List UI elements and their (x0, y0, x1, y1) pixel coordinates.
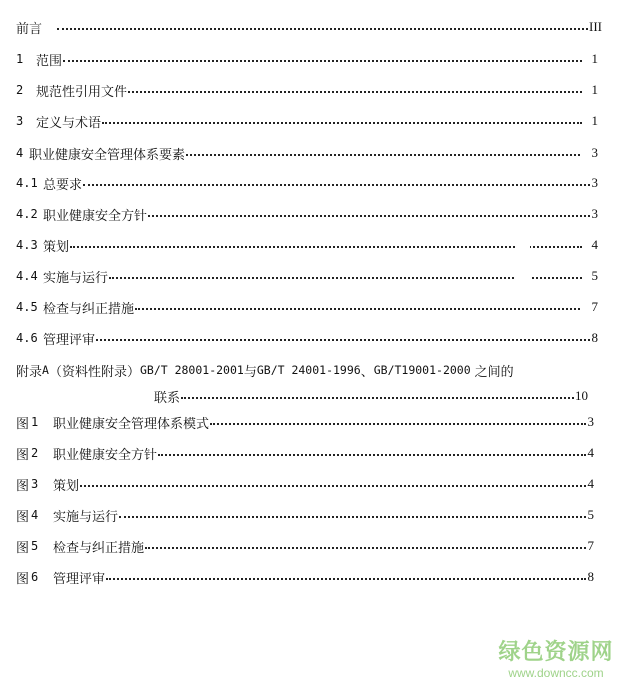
toc-entry-title: 规范性引用文件 (36, 81, 127, 100)
figure-label: 图 (16, 475, 29, 494)
toc-figure-entry[interactable]: 图 2 职业健康安全方针 4 (16, 443, 594, 463)
toc-figure-entry[interactable]: 图 1 职业健康安全管理体系模式 3 (16, 412, 594, 432)
toc-entry[interactable]: 4.1 总要求 3 (16, 173, 598, 193)
dot-leader (127, 80, 582, 100)
toc-entry-page: 7 (586, 538, 594, 554)
toc-entry-page: 3 (590, 145, 598, 161)
toc-entry-page: 8 (590, 330, 598, 346)
dot-leader (69, 235, 582, 255)
dot-leader (180, 386, 574, 406)
dot-leader (134, 297, 580, 317)
toc-entry-title: 检查与纠正措施 (53, 537, 144, 556)
toc-entry[interactable]: 4.3 策划 4 (16, 235, 598, 255)
toc-entry-title: 策划 (43, 236, 69, 255)
toc-entry-number: 4.3 (16, 238, 43, 252)
toc-entry-number: 4.4 (16, 269, 43, 283)
figure-label: 图 (16, 568, 29, 587)
figure-number: 6 (29, 570, 53, 584)
toc-figure-entry[interactable]: 图 6 管理评审 8 (16, 567, 594, 587)
dot-leader (108, 266, 582, 286)
appendix-letter: A (42, 363, 49, 377)
watermark: 绿色资源网 www.downcc.com (496, 640, 616, 680)
toc-entry-page: 10 (574, 388, 588, 404)
toc-entry-number: 4.1 (16, 176, 43, 190)
dot-leader (79, 474, 586, 494)
toc-entry-page: 7 (590, 299, 598, 315)
toc-entry-title: 职业健康安全管理体系模式 (53, 413, 209, 432)
appendix-standard-3: GB/T19001-2000 (374, 363, 471, 377)
appendix-suffix: 之间的 (475, 361, 514, 380)
toc-entry-number: 4.5 (16, 300, 43, 314)
toc-appendix-a-continuation[interactable]: 联系 10 (154, 386, 588, 406)
toc-entry-page: 3 (590, 206, 598, 222)
toc-entry-number: 4.6 (16, 331, 43, 345)
toc-entry-page: 1 (590, 82, 598, 98)
toc-entry-page: 4 (586, 445, 594, 461)
toc-entry-number: 4.2 (16, 207, 43, 221)
figure-number: 1 (29, 415, 53, 429)
appendix-standard-1: GB/T 28001-2001 (140, 363, 244, 377)
toc-entry-page: 3 (590, 175, 598, 191)
figure-number: 4 (29, 508, 53, 522)
toc-entry[interactable]: 1 范围 1 (16, 49, 598, 69)
toc-figure-entry[interactable]: 图 3 策划 4 (16, 474, 594, 494)
toc-entry[interactable]: 4.6 管理评审 8 (16, 328, 598, 348)
dot-leader (209, 412, 586, 432)
figure-label: 图 (16, 537, 29, 556)
toc-entry-preface[interactable]: 前言 III (16, 17, 602, 37)
toc-entry-title: 职业健康安全管理体系要素 (29, 144, 185, 163)
dot-leader (147, 204, 590, 224)
toc-entry-page: 5 (590, 268, 598, 284)
dot-leader (185, 143, 580, 163)
appendix-conjunction: 与 (244, 361, 257, 380)
dot-leader (101, 111, 582, 131)
watermark-site-url: www.downcc.com (496, 666, 616, 680)
toc-entry-title: 检查与纠正措施 (43, 298, 134, 317)
dot-leader (118, 505, 586, 525)
toc-entry-number: 3 (16, 114, 36, 128)
toc-entry-page: 5 (586, 507, 594, 523)
toc-appendix-a-heading[interactable]: 附录 A （资料性附录） GB/T 28001-2001 与 GB/T 2400… (16, 360, 514, 380)
toc-entry-title: 定义与术语 (36, 112, 101, 131)
toc-entry[interactable]: 4.5 检查与纠正措施 7 (16, 297, 598, 317)
toc-entry-title: 管理评审 (43, 329, 95, 348)
toc-entry[interactable]: 2 规范性引用文件 1 (16, 80, 598, 100)
toc-entry-number: 1 (16, 52, 36, 66)
toc-entry-title: 策划 (53, 475, 79, 494)
toc-entry-title: 职业健康安全方针 (43, 205, 147, 224)
toc-entry-page: 3 (586, 414, 594, 430)
toc-entry-page: 4 (586, 476, 594, 492)
appendix-note: （资料性附录） (49, 361, 140, 380)
toc-entry-title: 联系 (154, 387, 180, 406)
figure-label: 图 (16, 506, 29, 525)
toc-entry[interactable]: 4.2 职业健康安全方针 3 (16, 204, 598, 224)
toc-entry-number: 2 (16, 83, 36, 97)
dot-leader (144, 536, 586, 556)
toc-entry-title: 总要求 (43, 174, 82, 193)
toc-entry-title: 职业健康安全方针 (53, 444, 157, 463)
toc-entry-title: 范围 (36, 50, 62, 69)
appendix-prefix: 附录 (16, 361, 42, 380)
toc-entry-title: 实施与运行 (53, 506, 118, 525)
toc-entry-title: 管理评审 (53, 568, 105, 587)
toc-entry-title: 前言 (16, 18, 42, 37)
toc-entry-page: 1 (590, 51, 598, 67)
toc-entry[interactable]: 4.4 实施与运行 5 (16, 266, 598, 286)
toc-figure-entry[interactable]: 图 5 检查与纠正措施 7 (16, 536, 594, 556)
dot-leader (157, 443, 586, 463)
dot-leader (56, 17, 588, 37)
appendix-separator: 、 (361, 361, 374, 380)
figure-label: 图 (16, 413, 29, 432)
watermark-site-name: 绿色资源网 (496, 640, 616, 666)
toc-entry-page: 8 (586, 569, 594, 585)
dot-leader (62, 49, 582, 69)
toc-entry-page: III (588, 19, 602, 35)
dot-leader (82, 173, 590, 193)
appendix-standard-2: GB/T 24001-1996 (257, 363, 361, 377)
dot-leader (95, 328, 590, 348)
figure-number: 3 (29, 477, 53, 491)
toc-figure-entry[interactable]: 图 4 实施与运行 5 (16, 505, 594, 525)
toc-entry[interactable]: 4 职业健康安全管理体系要素 3 (16, 143, 598, 163)
figure-number: 2 (29, 446, 53, 460)
toc-entry-page: 1 (590, 113, 598, 129)
toc-entry-title: 实施与运行 (43, 267, 108, 286)
figure-label: 图 (16, 444, 29, 463)
toc-entry[interactable]: 3 定义与术语 1 (16, 111, 598, 131)
dot-leader (105, 567, 586, 587)
toc-entry-page: 4 (590, 237, 598, 253)
toc-entry-number: 4 (16, 146, 29, 160)
figure-number: 5 (29, 539, 53, 553)
